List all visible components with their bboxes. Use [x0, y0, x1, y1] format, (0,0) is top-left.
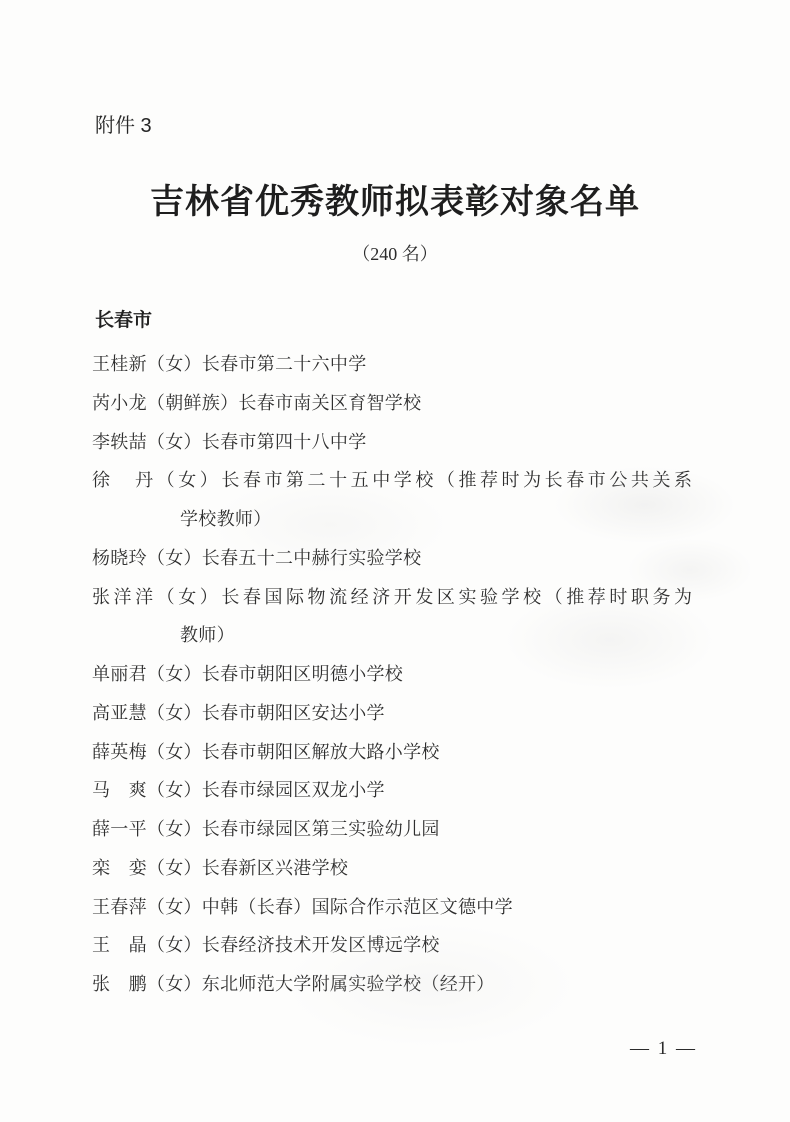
page-number: — 1 —	[630, 1036, 697, 1062]
roster-line: 薛一平（女）长春市绿园区第三实验幼儿园	[92, 810, 692, 849]
subtitle-count: （240 名）	[0, 241, 790, 267]
roster-line: 徐 丹（女）长春市第二十五中学校（推荐时为长春市公共关系	[92, 461, 692, 500]
roster-line: 李轶喆（女）长春市第四十八中学	[92, 423, 692, 462]
roster-line: 芮小龙（朝鲜族）长春市南关区育智学校	[92, 384, 692, 423]
roster-line: 栾 娈（女）长春新区兴港学校	[92, 849, 692, 888]
roster-line: 张洋洋（女）长春国际物流经济开发区实验学校（推荐时职务为	[92, 578, 692, 617]
document-page: 附件 3 吉林省优秀教师拟表彰对象名单 （240 名） 长春市 王桂新（女）长春…	[0, 0, 790, 1122]
roster-line: 学校教师）	[92, 500, 692, 539]
roster-line: 张 鹏（女）东北师范大学附属实验学校（经开）	[92, 965, 692, 1004]
roster-line: 王桂新（女）长春市第二十六中学	[92, 345, 692, 384]
attachment-label: 附件 3	[95, 112, 152, 140]
roster-line: 王 晶（女）长春经济技术开发区博远学校	[92, 926, 692, 965]
roster-line: 高亚慧（女）长春市朝阳区安达小学	[92, 694, 692, 733]
teacher-roster: 王桂新（女）长春市第二十六中学芮小龙（朝鲜族）长春市南关区育智学校李轶喆（女）长…	[92, 345, 692, 1004]
roster-line: 薛英梅（女）长春市朝阳区解放大路小学校	[92, 733, 692, 772]
roster-line: 马 爽（女）长春市绿园区双龙小学	[92, 771, 692, 810]
roster-line: 教师）	[92, 616, 692, 655]
page-title: 吉林省优秀教师拟表彰对象名单	[0, 183, 790, 223]
section-heading-changchun: 长春市	[95, 308, 152, 334]
roster-line: 单丽君（女）长春市朝阳区明德小学校	[92, 655, 692, 694]
roster-line: 王春萍（女）中韩（长春）国际合作示范区文德中学	[92, 888, 692, 927]
roster-line: 杨晓玲（女）长春五十二中赫行实验学校	[92, 539, 692, 578]
